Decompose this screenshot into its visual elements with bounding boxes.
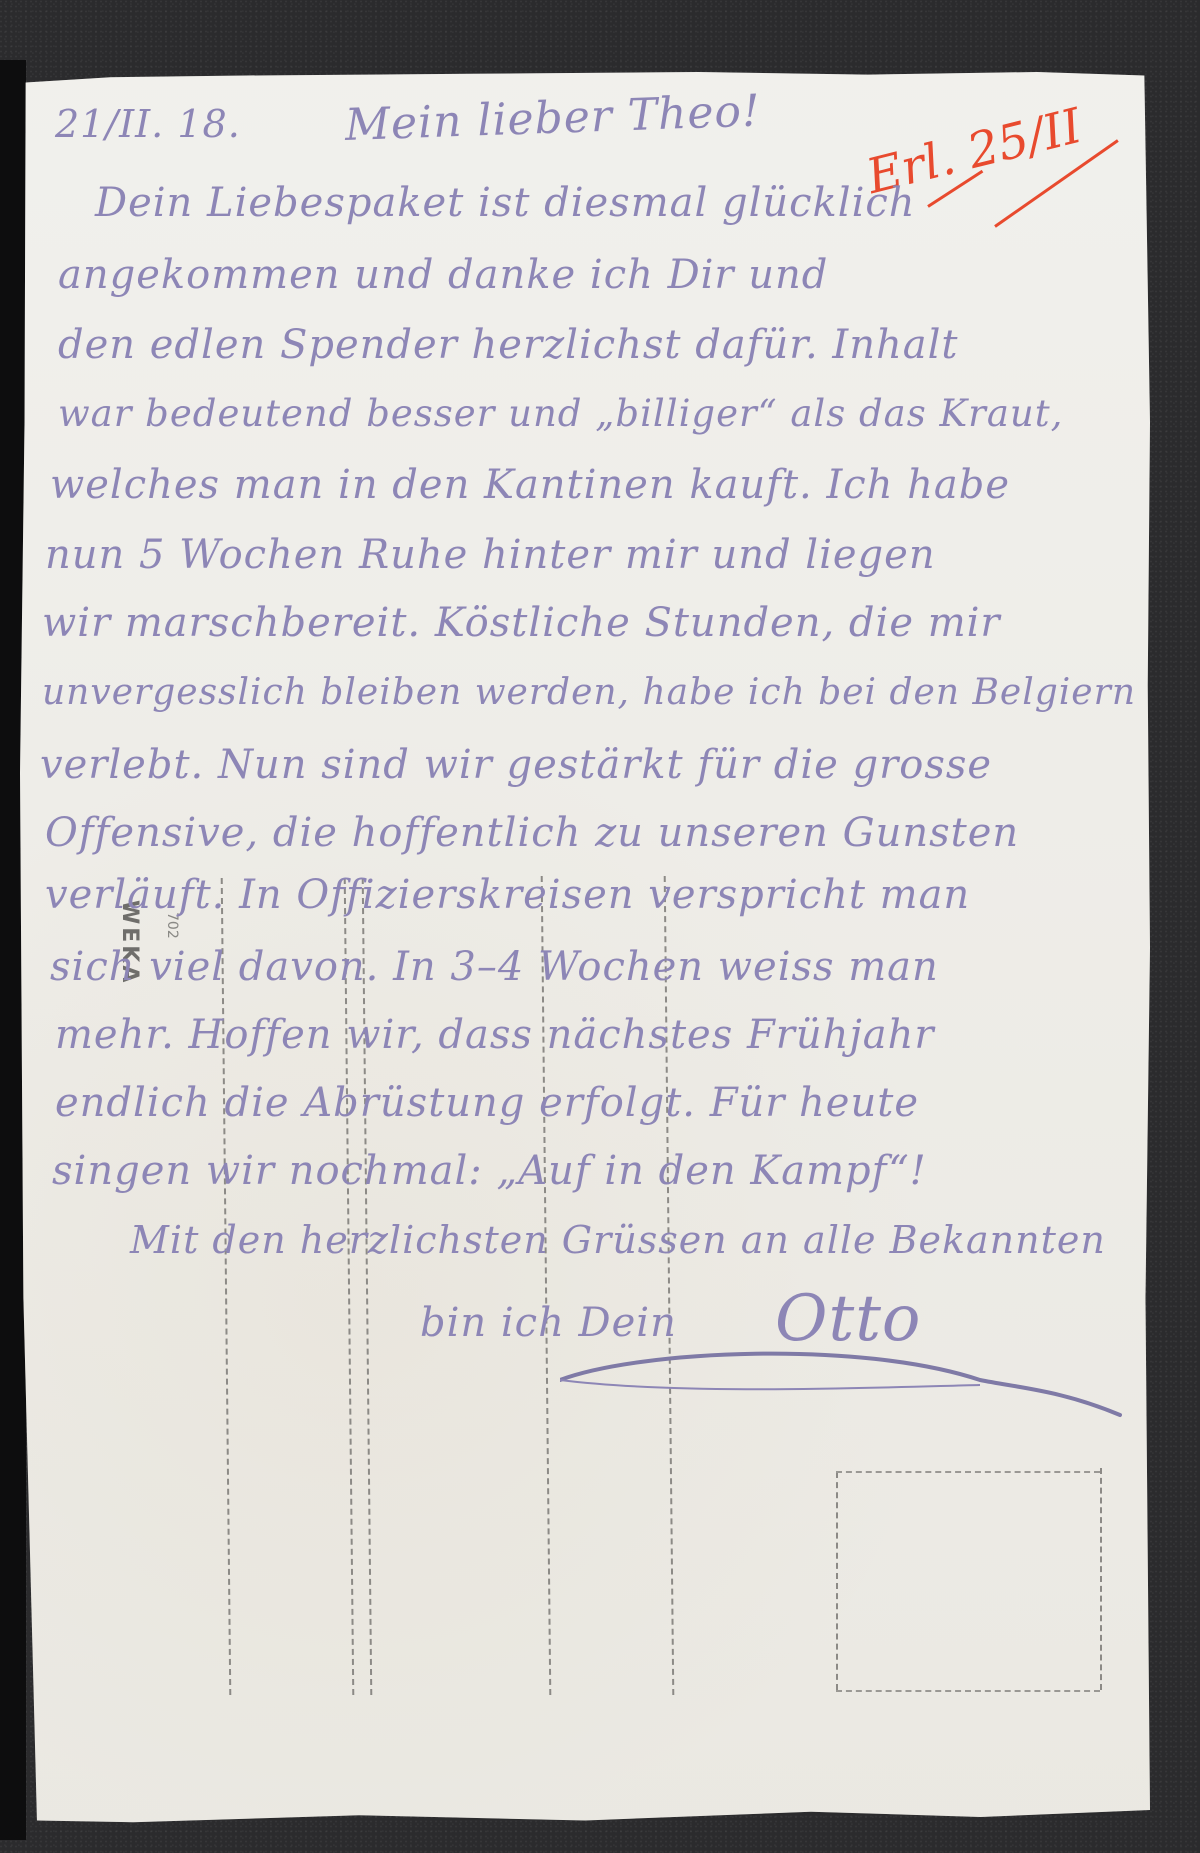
body-line: war bedeutend besser und „billiger“ als …: [58, 392, 1063, 435]
stamp-box-right: [1100, 1468, 1102, 1690]
body-line: den edlen Spender herzlichst dafür. Inha…: [58, 322, 958, 368]
stamp-box-left: [836, 1472, 838, 1690]
date: 21/II. 18.: [55, 102, 241, 146]
body-line: mehr. Hoffen wir, dass nächstes Frühjahr: [55, 1012, 934, 1058]
body-line: Dein Liebespaket ist diesmal glücklich: [95, 180, 916, 226]
body-line: singen wir nochmal: „Auf in den Kampf“!: [52, 1148, 927, 1194]
body-line: welches man in den Kantinen kauft. Ich h…: [50, 462, 1010, 508]
closing: Mit den herzlichsten Grüssen an alle Bek…: [130, 1218, 1106, 1262]
signature-flourish: [560, 1340, 1130, 1420]
body-line: verlebt. Nun sind wir gestärkt für die g…: [40, 742, 992, 788]
body-line: unvergesslich bleiben werden, habe ich b…: [42, 672, 1136, 713]
stamp-box-top: [836, 1471, 1100, 1473]
body-line: angekommen und danke ich Dir und: [58, 252, 828, 298]
body-line: wir marschbereit. Köstliche Stunden, die…: [42, 600, 1001, 646]
stamp-box-bottom: [836, 1690, 1100, 1692]
body-line: verläuft. In Offizierskreisen verspricht…: [45, 872, 970, 918]
body-line: Offensive, die hoffentlich zu unseren Gu…: [45, 810, 1019, 856]
body-line: sich viel davon. In 3–4 Wochen weiss man: [50, 944, 939, 990]
body-line: nun 5 Wochen Ruhe hinter mir und liegen: [45, 532, 936, 578]
body-line: endlich die Abrüstung erfolgt. Für heute: [55, 1080, 919, 1126]
